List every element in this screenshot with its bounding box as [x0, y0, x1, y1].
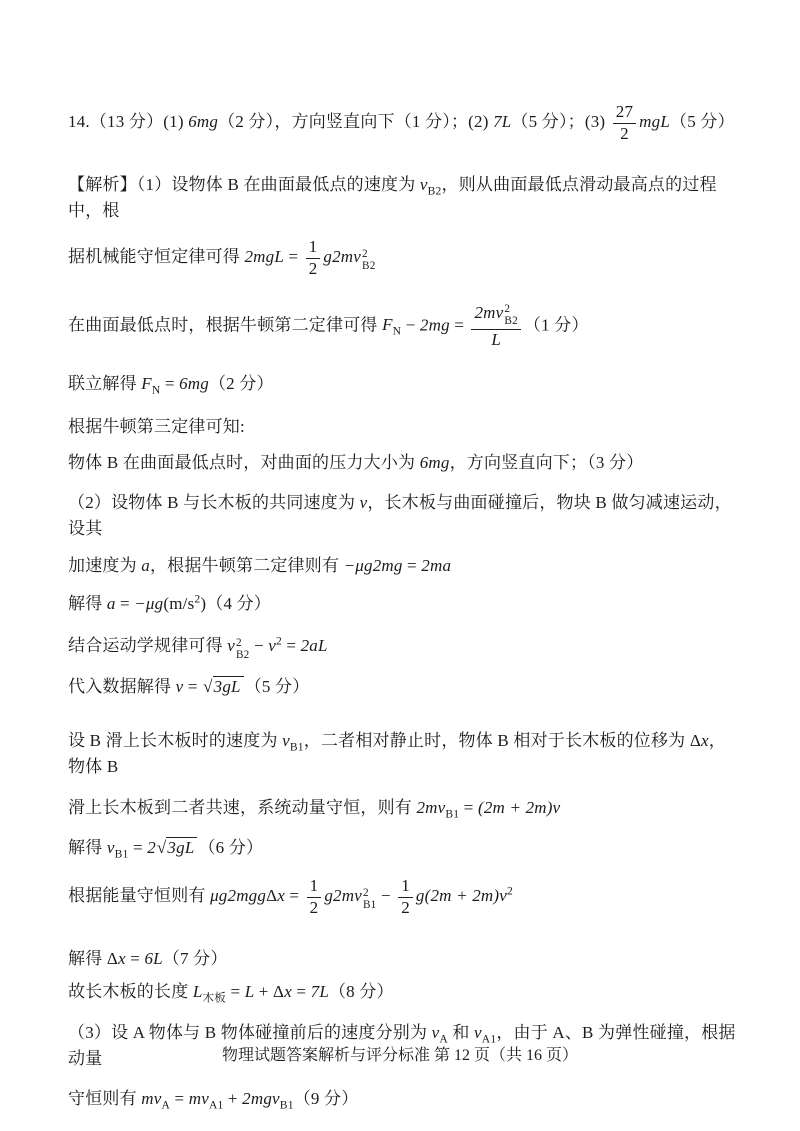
board-length-line: 故长木板的长度 L木板 = L + Δx = 7L（8 分） [68, 979, 740, 1005]
solve-a-line: 解得 a = −μg(m/s2)（4 分） [68, 591, 740, 617]
solve-vb1-line: 解得 vB1 = 2√3gL（6 分） [68, 835, 740, 861]
part3-momentum-line: 守恒则有 mvA = mvA1 + 2mgvB1（9 分） [68, 1086, 740, 1112]
acceleration-equation-line: 加速度为 a，根据牛顿第二定律则有 −μg2mg = 2ma [68, 553, 740, 579]
answer-summary-line: 14.（13 分）(1) 6mg（2 分），方向竖直向下（1 分）；(2) 7L… [68, 103, 740, 143]
page-footer: 物理试题答案解析与评分标准 第 12 页（共 16 页） [0, 1042, 800, 1065]
solve-fn-line: 联立解得 FN = 6mg（2 分） [68, 371, 740, 397]
energy-conservation-line: 据机械能守恒定律可得 2mgL = 12g2mv2B2 [68, 238, 740, 278]
kinematics-line: 结合运动学规律可得 v2B2 − v2 = 2aL [68, 633, 740, 661]
energy-balance-line: 根据能量守恒则有 μg2mggΔx = 12g2mv2B1 − 12g(2m +… [68, 877, 740, 917]
solve-v-line: 代入数据解得 v = √3gL（5 分） [68, 674, 740, 700]
part2-setup-line: （2）设物体 B 与长木板的共同速度为 v，长木板与曲面碰撞后，物块 B 做匀减… [68, 490, 740, 542]
analysis-intro-line: 【解析】（1）设物体 B 在曲面最低点的速度为 vB2，则从曲面最低点滑动最高点… [68, 172, 740, 224]
solve-dx-line: 解得 Δx = 6L（7 分） [68, 946, 740, 972]
pressure-conclusion-line: 物体 B 在曲面最低点时，对曲面的压力大小为 6mg，方向竖直向下；（3 分） [68, 450, 740, 476]
document-page: 14.（13 分）(1) 6mg（2 分），方向竖直向下（1 分）；(2) 7L… [0, 0, 800, 1131]
newton-second-law-line: 在曲面最低点时，根据牛顿第二定律可得 FN − 2mg = 2mv2B2L（1 … [68, 304, 740, 350]
vb1-setup-line: 设 B 滑上长木板时的速度为 vB1，二者相对静止时，物体 B 相对于长木板的位… [68, 728, 740, 780]
newton-third-law-line: 根据牛顿第三定律可知: [68, 414, 740, 440]
momentum-conservation-line: 滑上长木板到二者共速，系统动量守恒，则有 2mvB1 = (2m + 2m)v [68, 795, 740, 821]
